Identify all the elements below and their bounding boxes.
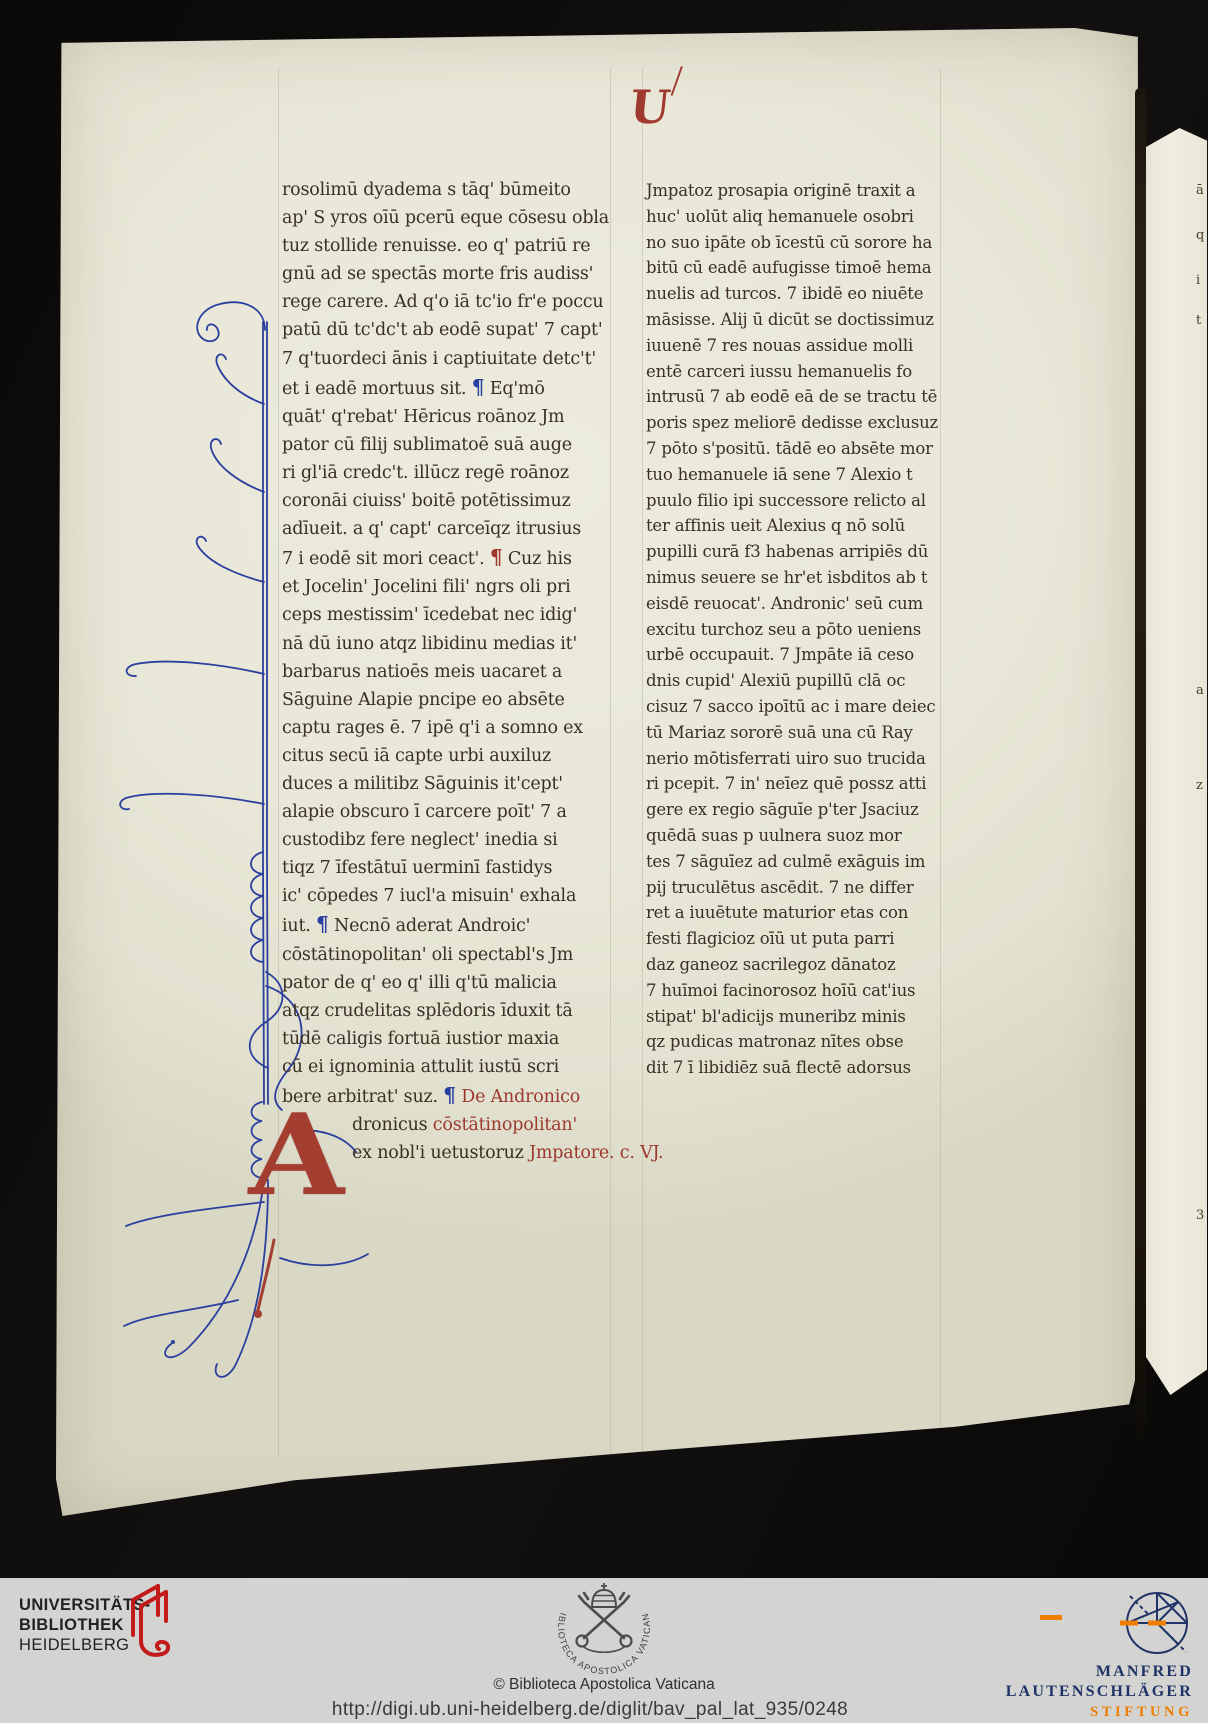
left-text-column: rosolimū dyadema s tāq' būmeitoap' S yro…	[282, 176, 663, 1167]
text-line: quāt' q'rebat' Hēricus roānoz Jm	[282, 403, 663, 431]
paragraph-mark: ¶	[443, 1083, 456, 1107]
text-line: Sāguine Alapie pncipe eo absēte	[282, 686, 663, 714]
text-line: rege carere. Ad q'o iā tc'io fr'e poccu	[282, 288, 663, 316]
text-line: patū dū tc'dc't ab eodē supat' 7 capt'	[282, 316, 663, 344]
text-segment: ter affinis ueit Alexius q nō solū	[646, 516, 905, 535]
text-segment: cōstātinopolitan'	[433, 1115, 577, 1135]
ml-logo-line2: LAUTENSCHLÄGER	[1006, 1682, 1193, 1702]
ml-foundation-logo: MANFRED LAUTENSCHLÄGER STIFTUNG	[1006, 1662, 1193, 1722]
text-line: bere arbitrat' suz. ¶ De Andronico	[282, 1081, 663, 1111]
text-segment: captu rages ē. 7 ipē q'i a somno ex	[282, 718, 583, 738]
text-segment: tuo hemanuele iā sene 7 Alexio t	[646, 465, 913, 484]
copyright-text: © Biblioteca Apostolica Vaticana	[493, 1676, 714, 1694]
text-line: tuo hemanuele iā sene 7 Alexio t	[646, 462, 938, 488]
text-segment: nerio mōtisferrati uiro suo trucida	[646, 749, 926, 768]
text-line: pator cū filij sublimatoē suā auge	[282, 431, 663, 459]
text-line: dnis cupid' Alexiū pupillū clā oc	[646, 668, 938, 694]
text-line: urbē occupauit. 7 Jmpāte iā ceso	[646, 642, 938, 668]
text-segment: custodibz fere neglect' inedia si	[282, 830, 558, 850]
footer-bar: UNIVERSITÄTS- BIBLIOTHEK HEIDELBERG BI	[0, 1578, 1208, 1723]
text-segment: māsisse. Alij ū dicūt se doctissimuz	[646, 310, 934, 329]
text-line: māsisse. Alij ū dicūt se doctissimuz	[646, 307, 938, 333]
text-line: alapie obscuro ī carcere poīt' 7 a	[282, 798, 663, 826]
manuscript-photo: U	[0, 0, 1208, 1578]
right-text-column: Jmpatoz prosapia originē traxit ahuc' uo…	[646, 178, 938, 1081]
text-segment: nimus seuere se hr'et isbditos ab t	[646, 568, 927, 587]
text-line: ri gl'iā credc't. illūcz regē roānoz	[282, 459, 663, 487]
text-segment: Eq'mō	[484, 379, 544, 399]
paragraph-mark: ¶	[472, 375, 485, 399]
edge-text-glyph: q	[1196, 228, 1204, 243]
text-segment: Jmpatoz prosapia originē traxit a	[646, 181, 915, 200]
text-line: tiqz 7 īfestātuī uerminī fastidys	[282, 854, 663, 882]
text-segment: atqz crudelitas splēdoris īduxit tā	[282, 1001, 573, 1021]
text-segment: barbarus natioēs meis uacaret a	[282, 662, 562, 682]
text-segment: excitu turchoz seu a pōto ueniens	[646, 620, 921, 639]
text-line: duces a militibz Sāguinis it'cept'	[282, 770, 663, 798]
text-segment: daz ganeoz sacrilegoz dānatoz	[646, 955, 896, 974]
text-line: 7 i eodē sit mori ceact'. ¶ Cuz his	[282, 543, 663, 573]
text-segment: duces a militibz Sāguinis it'cept'	[282, 774, 563, 794]
text-line: 7 huīmoi facinorosoz hoīū cat'ius	[646, 978, 938, 1004]
text-line: gnū ad se spectās morte fris audiss'	[282, 260, 663, 288]
text-segment: tiqz 7 īfestātuī uerminī fastidys	[282, 858, 552, 878]
text-line: nuelis ad turcos. 7 ibidē eo niuēte	[646, 281, 938, 307]
text-segment: puulo filio ipi successore relicto al	[646, 491, 926, 510]
text-segment: ic' cōpedes 7 iucl'a misuin' exhala	[282, 886, 576, 906]
text-line: excitu turchoz seu a pōto ueniens	[646, 617, 938, 643]
text-line: Jmpatoz prosapia originē traxit a	[646, 178, 938, 204]
text-line: et Jocelin' Jocelini fili' ngrs oli pri	[282, 573, 663, 601]
edge-text-glyph: 3	[1196, 1208, 1204, 1223]
text-line: daz ganeoz sacrilegoz dānatoz	[646, 952, 938, 978]
text-segment: 7 huīmoi facinorosoz hoīū cat'ius	[646, 981, 915, 1000]
text-segment: ret a iuuētute maturior etas con	[646, 903, 908, 922]
text-segment: tes 7 sāguīez ad culmē exāguis im	[646, 852, 925, 871]
orange-dash	[1040, 1615, 1062, 1620]
text-segment: ri gl'iā credc't. illūcz regē roānoz	[282, 463, 569, 483]
paragraph-mark: ¶	[490, 545, 503, 569]
text-line: cōstātinopolitan' oli spectabl's Jm	[282, 941, 663, 969]
text-line: eisdē reuocat'. Andronic' seū cum	[646, 591, 938, 617]
text-segment: pij truculētus ascēdit. 7 ne differ	[646, 878, 914, 897]
text-segment: iut.	[282, 916, 316, 936]
text-line: ri pcepit. 7 in' neīez quē possz atti	[646, 771, 938, 797]
text-line: ter affinis ueit Alexius q nō solū	[646, 513, 938, 539]
text-line: ic' cōpedes 7 iucl'a misuin' exhala	[282, 882, 663, 910]
text-line: 7 pōto s'positū. tādē eo absēte mor	[646, 436, 938, 462]
text-segment: gnū ad se spectās morte fris audiss'	[282, 264, 593, 284]
ml-foundation-compass-icon	[1118, 1584, 1196, 1662]
text-segment: urbē occupauit. 7 Jmpāte iā ceso	[646, 645, 914, 664]
text-segment: De Andronico	[461, 1087, 580, 1107]
text-segment: 7 i eodē sit mori ceact'.	[282, 549, 490, 569]
text-segment: tūdē caligis fortuā iustior maxia	[282, 1029, 559, 1049]
text-segment: gere ex regio sāguīe p'ter Jsaciuz	[646, 800, 919, 819]
book-gutter	[1135, 88, 1146, 1438]
text-segment: dronicus	[352, 1115, 433, 1135]
text-line: quēdā suas p uulnera suoz mor	[646, 823, 938, 849]
text-line: no suo ipāte ob īcestū cū sorore ha	[646, 230, 938, 256]
edge-text-glyph: i	[1196, 273, 1200, 288]
text-segment: cū ei ignominia attulit iustū scri	[282, 1057, 559, 1077]
text-segment: cisuz 7 sacco ipoītū ac i mare deiec	[646, 697, 935, 716]
text-segment: Cuz his	[502, 549, 571, 569]
text-line: captu rages ē. 7 ipē q'i a somno ex	[282, 714, 663, 742]
text-segment: pator de q' eo q' illi q'tū malicia	[282, 973, 557, 993]
text-line: citus secū iā capte urbi auxiluz	[282, 742, 663, 770]
text-segment: qz pudicas matronaz nītes obse	[646, 1032, 903, 1051]
text-line: nā dū iuno atqz libidinu medias it'	[282, 630, 663, 658]
vatican-seal-icon: BIBLIOTECA APOSTOLICA VATICANA	[544, 1580, 664, 1674]
text-line: cisuz 7 sacco ipoītū ac i mare deiec	[646, 694, 938, 720]
facing-page-edge: āqitaz3	[1146, 128, 1207, 1395]
text-line: huc' uolūt aliq hemanuele osobri	[646, 204, 938, 230]
text-line: tuz stollide renuisse. eo q' patriū re	[282, 232, 663, 260]
text-line: tūdē caligis fortuā iustior maxia	[282, 1025, 663, 1053]
text-segment: ceps mestissim' īcedebat nec idig'	[282, 605, 577, 625]
text-line: tes 7 sāguīez ad culmē exāguis im	[646, 849, 938, 875]
text-line: pator de q' eo q' illi q'tū malicia	[282, 969, 663, 997]
text-segment: Jmpatore. c. VJ.	[529, 1143, 663, 1163]
text-segment: Necnō aderat Androic'	[329, 916, 531, 936]
text-segment: adīueit. a q' capt' carceīqz itrusius	[282, 519, 581, 539]
text-line: bitū cū eadē aufugisse timoē hema	[646, 255, 938, 281]
text-line: dronicus cōstātinopolitan'	[352, 1111, 663, 1139]
text-line: entē carceri iussu hemanuelis fo	[646, 359, 938, 385]
text-line: adīueit. a q' capt' carceīqz itrusius	[282, 515, 663, 543]
text-line: dit 7 ī libidiēz suā flectē adorsus	[646, 1055, 938, 1081]
text-line: cū ei ignominia attulit iustū scri	[282, 1053, 663, 1081]
text-line: nimus seuere se hr'et isbditos ab t	[646, 565, 938, 591]
text-segment: pator cū filij sublimatoē suā auge	[282, 435, 572, 455]
quire-mark: U	[627, 80, 673, 134]
edge-text-glyph: z	[1196, 778, 1203, 793]
text-segment: dit 7 ī libidiēz suā flectē adorsus	[646, 1058, 911, 1077]
text-line: gere ex regio sāguīe p'ter Jsaciuz	[646, 797, 938, 823]
text-line: iuuenē 7 res nouas assidue molli	[646, 333, 938, 359]
text-segment: festi flagicioz oīū ut puta parri	[646, 929, 894, 948]
text-segment: rege carere. Ad q'o iā tc'io fr'e poccu	[282, 292, 603, 312]
text-segment: 7 pōto s'positū. tādē eo absēte mor	[646, 439, 933, 458]
text-segment: ap' S yros oīū pcerū eque cōsesu obla	[282, 208, 609, 228]
text-segment: Sāguine Alapie pncipe eo absēte	[282, 690, 565, 710]
text-segment: poris spez meliorē dedisse exclusuz	[646, 413, 938, 432]
edge-text-glyph: a	[1196, 683, 1204, 698]
text-segment: bere arbitrat' suz.	[282, 1087, 443, 1107]
text-line: qz pudicas matronaz nītes obse	[646, 1029, 938, 1055]
text-segment: nuelis ad turcos. 7 ibidē eo niuēte	[646, 284, 923, 303]
text-segment: quāt' q'rebat' Hēricus roānoz Jm	[282, 407, 564, 427]
column-ruling-line	[940, 68, 941, 1458]
text-line: stipat' bl'adicijs muneribz minis	[646, 1004, 938, 1030]
text-line: atqz crudelitas splēdoris īduxit tā	[282, 997, 663, 1025]
text-segment: citus secū iā capte urbi auxiluz	[282, 746, 551, 766]
text-segment: cōstātinopolitan' oli spectabl's Jm	[282, 945, 573, 965]
text-segment: et i eadē mortuus sit.	[282, 379, 472, 399]
text-segment: quēdā suas p uulnera suoz mor	[646, 826, 902, 845]
text-line: barbarus natioēs meis uacaret a	[282, 658, 663, 686]
edge-text-glyph: ā	[1196, 183, 1204, 198]
text-line: custodibz fere neglect' inedia si	[282, 826, 663, 854]
edge-text-glyph: t	[1196, 313, 1201, 328]
text-segment: dnis cupid' Alexiū pupillū clā oc	[646, 671, 905, 690]
text-segment: tuz stollide renuisse. eo q' patriū re	[282, 236, 590, 256]
text-segment: tū Mariaz sororē suā una cū Ray	[646, 723, 913, 742]
text-segment: ri pcepit. 7 in' neīez quē possz atti	[646, 774, 926, 793]
text-line: ap' S yros oīū pcerū eque cōsesu obla	[282, 204, 663, 232]
text-segment: stipat' bl'adicijs muneribz minis	[646, 1007, 906, 1026]
text-line: festi flagicioz oīū ut puta parri	[646, 926, 938, 952]
text-line: coronāi ciuiss' boitē potētissimuz	[282, 487, 663, 515]
text-segment: eisdē reuocat'. Andronic' seū cum	[646, 594, 923, 613]
text-line: rosolimū dyadema s tāq' būmeito	[282, 176, 663, 204]
text-segment: intrusū 7 ab eodē eā de se tractu tē	[646, 387, 937, 406]
text-segment: patū dū tc'dc't ab eodē supat' 7 capt'	[282, 320, 602, 340]
text-line: ret a iuuētute maturior etas con	[646, 900, 938, 926]
text-line: et i eadē mortuus sit. ¶ Eq'mō	[282, 373, 663, 403]
text-segment: bitū cū eadē aufugisse timoē hema	[646, 258, 931, 277]
text-segment: coronāi ciuiss' boitē potētissimuz	[282, 491, 571, 511]
text-segment: entē carceri iussu hemanuelis fo	[646, 362, 912, 381]
manuscript-page: U	[56, 28, 1140, 1516]
text-line: pupilli curā f3 habenas arripiēs dū	[646, 539, 938, 565]
text-line: pij truculētus ascēdit. 7 ne differ	[646, 875, 938, 901]
text-segment: iuuenē 7 res nouas assidue molli	[646, 336, 913, 355]
paragraph-mark: ¶	[316, 912, 329, 936]
text-segment: nā dū iuno atqz libidinu medias it'	[282, 634, 577, 654]
ml-logo-line1: MANFRED	[1006, 1662, 1193, 1682]
text-line: puulo filio ipi successore relicto al	[646, 488, 938, 514]
ub-book-icon	[120, 1583, 172, 1661]
text-segment: huc' uolūt aliq hemanuele osobri	[646, 207, 914, 226]
text-segment: et Jocelin' Jocelini fili' ngrs oli pri	[282, 577, 571, 597]
text-line: ceps mestissim' īcedebat nec idig'	[282, 601, 663, 629]
text-segment: no suo ipāte ob īcestū cū sorore ha	[646, 233, 932, 252]
text-line: tū Mariaz sororē suā una cū Ray	[646, 720, 938, 746]
image-url: http://digi.ub.uni-heidelberg.de/diglit/…	[332, 1699, 848, 1721]
text-segment: pupilli curā f3 habenas arripiēs dū	[646, 542, 928, 561]
text-segment: rosolimū dyadema s tāq' būmeito	[282, 180, 571, 200]
text-line: intrusū 7 ab eodē eā de se tractu tē	[646, 384, 938, 410]
text-line: iut. ¶ Necnō aderat Androic'	[282, 910, 663, 940]
text-line: nerio mōtisferrati uiro suo trucida	[646, 746, 938, 772]
text-line: 7 q'tuordeci ānis i captiuitate detc't'	[282, 345, 663, 373]
text-segment: 7 q'tuordeci ānis i captiuitate detc't'	[282, 349, 596, 369]
text-segment: ex nobl'i uetustoruz	[352, 1143, 529, 1163]
text-line: poris spez meliorē dedisse exclusuz	[646, 410, 938, 436]
text-segment: alapie obscuro ī carcere poīt' 7 a	[282, 802, 567, 822]
text-line: ex nobl'i uetustoruz Jmpatore. c. VJ.	[352, 1139, 663, 1167]
ml-logo-line3: STIFTUNG	[1006, 1702, 1193, 1722]
